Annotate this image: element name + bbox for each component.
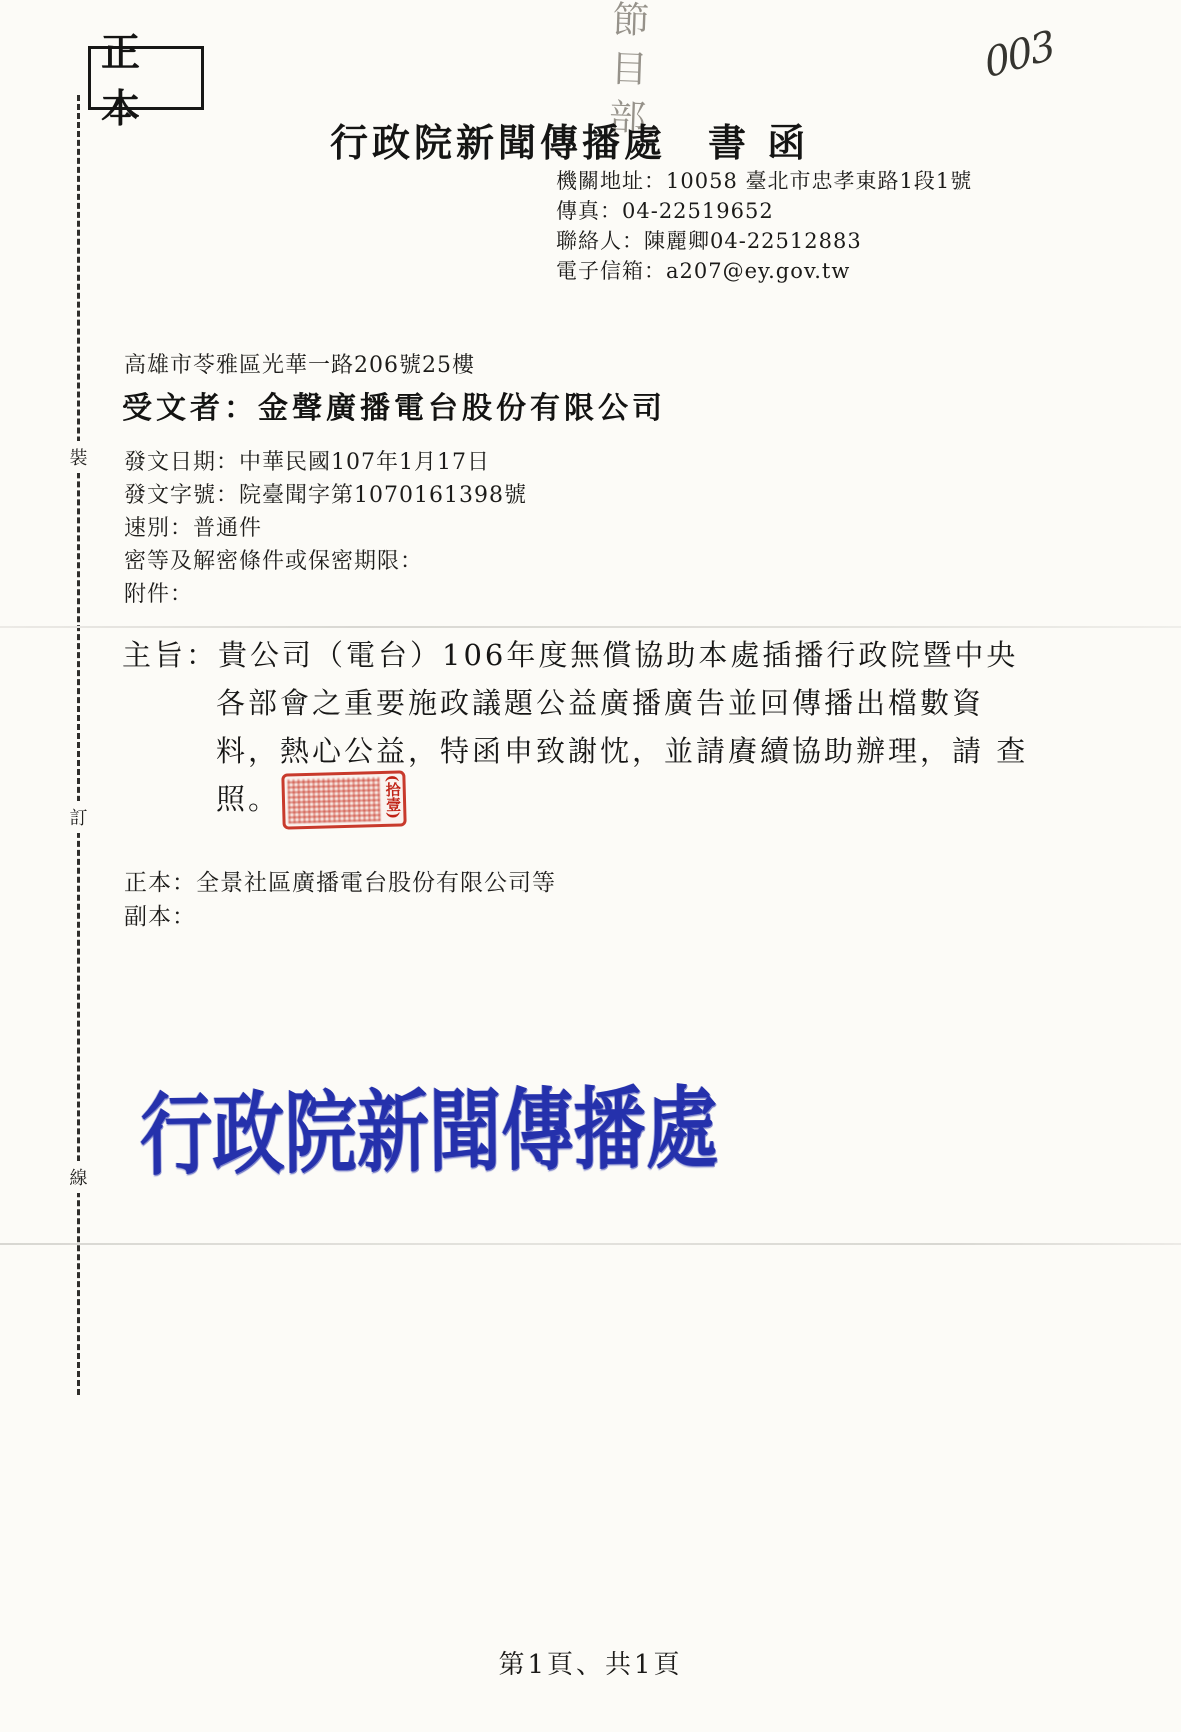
priority-line: 速別：普通件 bbox=[124, 512, 527, 545]
fax-line: 傳真：04-22519652 bbox=[556, 196, 972, 226]
paper-fold-line-upper bbox=[0, 626, 1181, 628]
binding-dashed-line bbox=[77, 95, 80, 1395]
binding-mark-xian: 線 bbox=[64, 1161, 93, 1193]
handwritten-page-number: 003 bbox=[981, 23, 1057, 88]
subject-line-1: 主旨：貴公司（電台）106年度無償協助本處插播行政院暨中央 bbox=[122, 631, 1028, 679]
document-title: 行政院新聞傳播處 書 函 bbox=[330, 112, 809, 167]
subject-line-3: 料，熱心公益，特函申致謝忱，並請賡續協助辦理，請 查 bbox=[216, 727, 1028, 775]
page-number-footer: 第1頁、共1頁 bbox=[0, 1644, 1181, 1681]
email-line: 電子信箱：a207@ey.gov.tw bbox=[556, 256, 972, 286]
recipient-name-line: 受文者：金聲廣播電台股份有限公司 bbox=[122, 383, 666, 427]
subject-paragraph: 主旨：貴公司（電台）106年度無償協助本處插播行政院暨中央 各部會之重要施政議題… bbox=[122, 631, 1028, 823]
distribution-copy-line: 副本： bbox=[124, 898, 196, 931]
document-meta-block: 發文日期：中華民國107年1月17日 發文字號：院臺聞字第1070161398號… bbox=[124, 446, 527, 611]
red-seal-legible-text: (拾壹) bbox=[383, 773, 404, 823]
red-official-seal: (拾壹) bbox=[281, 770, 406, 829]
red-seal-illegible-area bbox=[287, 777, 380, 823]
blue-agency-seal: 行政院新聞傳播處 bbox=[139, 1056, 718, 1192]
recipient-address: 高雄市苓雅區光華一路206號25樓 bbox=[124, 348, 475, 379]
scanned-official-letter: 裝 訂 線 正本 節目部 003 行政院新聞傳播處 書 函 機關地址：10058… bbox=[0, 0, 1181, 1732]
binding-mark-zhuang: 裝 bbox=[64, 441, 93, 473]
distribution-original-line: 正本：全景社區廣播電台股份有限公司等 bbox=[124, 864, 556, 897]
sender-info-block: 機關地址：10058 臺北市忠孝東路1段1號 傳真：04-22519652 聯絡… bbox=[556, 166, 972, 286]
subject-line-2: 各部會之重要施政議題公益廣播廣告並回傳播出檔數資 bbox=[216, 679, 1028, 727]
security-line: 密等及解密條件或保密期限： bbox=[124, 545, 527, 578]
attachment-line: 附件： bbox=[124, 578, 527, 611]
binding-mark-ding: 訂 bbox=[64, 801, 93, 833]
original-copy-stamp-box: 正本 bbox=[88, 46, 204, 110]
issue-date-line: 發文日期：中華民國107年1月17日 bbox=[124, 446, 527, 479]
paper-fold-line-lower bbox=[0, 1243, 1181, 1245]
doc-number-line: 發文字號：院臺聞字第1070161398號 bbox=[124, 479, 527, 512]
contact-person-line: 聯絡人：陳麗卿04-22512883 bbox=[556, 226, 972, 256]
agency-address-line: 機關地址：10058 臺北市忠孝東路1段1號 bbox=[556, 166, 972, 196]
